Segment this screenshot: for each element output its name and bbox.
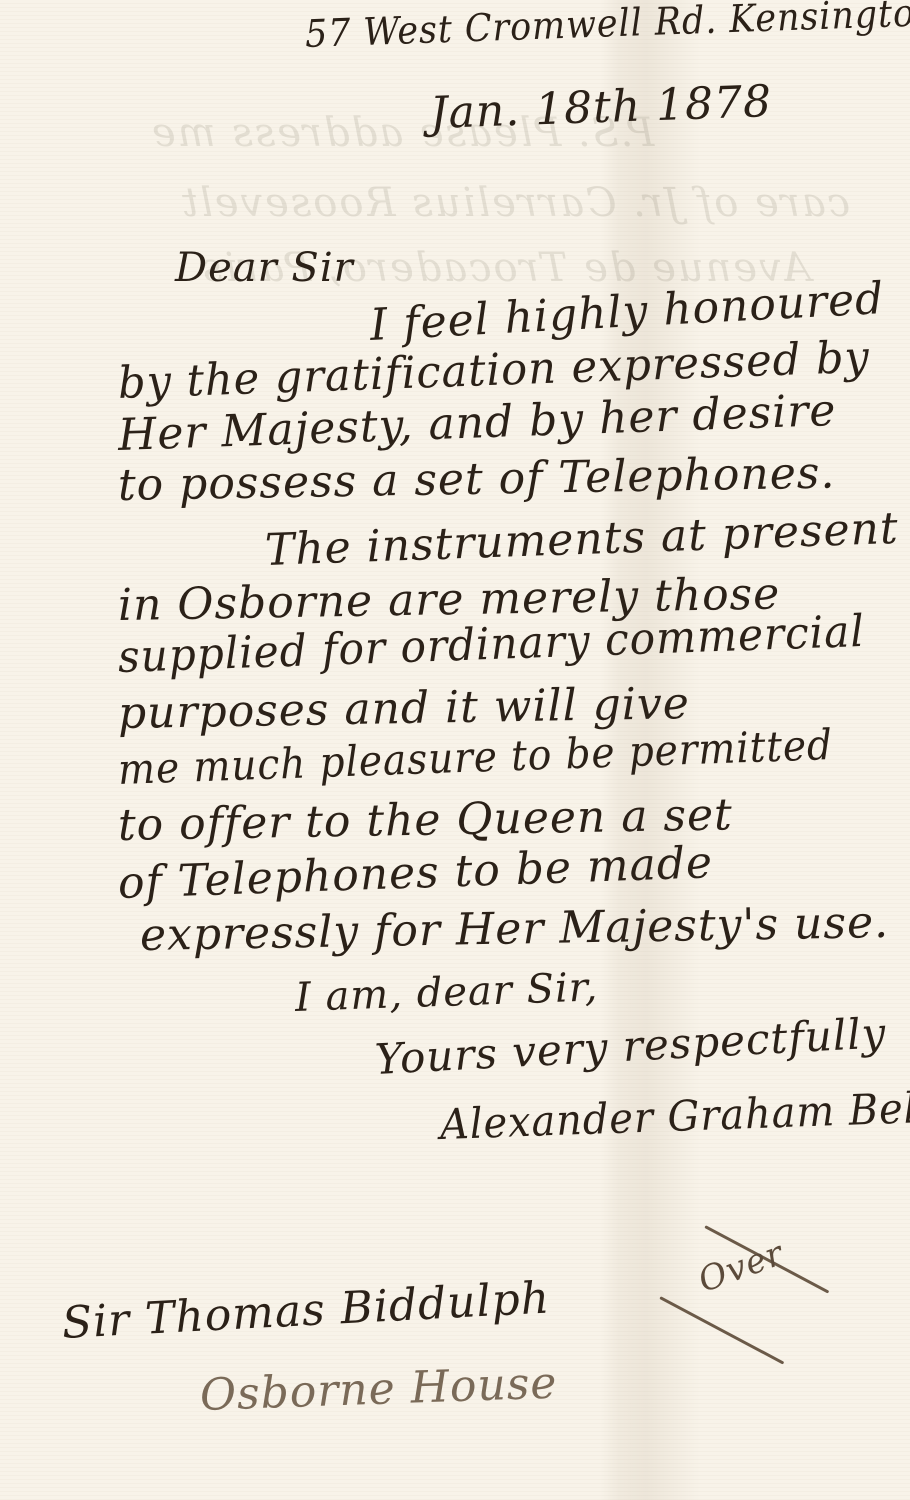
closing-line: I am, dear Sir, bbox=[294, 964, 599, 1021]
letter-page: P.S. Please address me care of Jr. Carre… bbox=[0, 0, 910, 1500]
annotation-stroke-bottom bbox=[659, 1296, 784, 1364]
letter-address: 57 West Cromwell Rd. Kensington bbox=[304, 0, 910, 56]
letter-date: Jan. 18th 1878 bbox=[429, 76, 773, 139]
salutation-text: Dear Sir bbox=[175, 245, 354, 291]
closing-line: Yours very respectfully bbox=[374, 1008, 888, 1084]
body-line: expressly for Her Majesty's use. bbox=[140, 897, 890, 961]
recipient-address: Osborne House bbox=[199, 1358, 558, 1421]
bleed-through-line: care of Jr. Carrelius Roosevelt bbox=[180, 180, 850, 226]
signature: Alexander Graham Bell bbox=[439, 1083, 910, 1149]
body-line: The instruments at present bbox=[264, 503, 899, 576]
recipient-name: Sir Thomas Biddulph bbox=[61, 1272, 552, 1349]
